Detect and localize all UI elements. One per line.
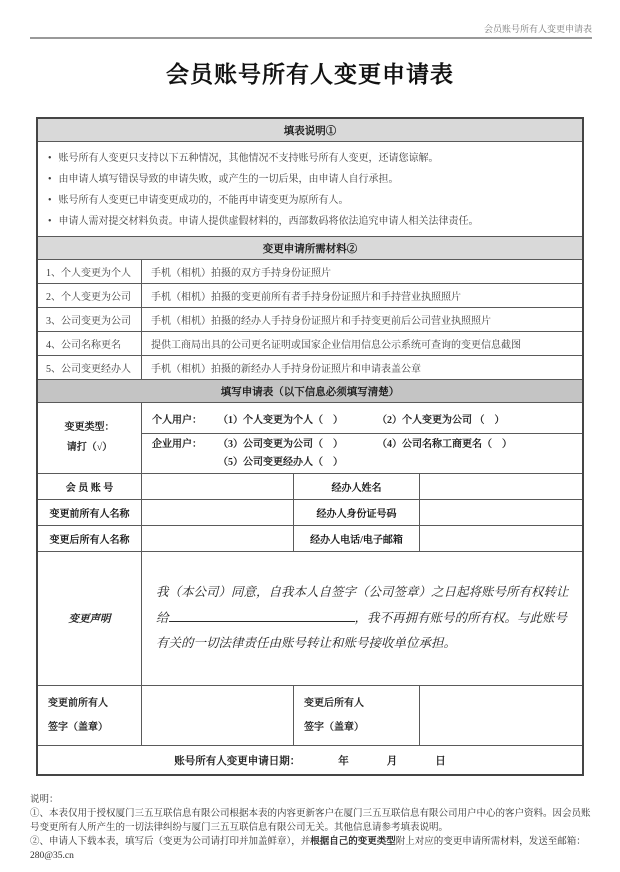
- instruction-text: 申请人需对提交材料负责。申请人提供虚假材料的，西部数码将依法追究申请人相关法律责…: [59, 211, 479, 232]
- field-row-owner-after: 变更后所有人名称 经办人电话/电子邮箱: [38, 525, 582, 551]
- materials-header-row: 变更申请所需材料②: [38, 236, 582, 259]
- option-company-change-operator[interactable]: （5）公司变更经办人（ ）: [218, 454, 343, 472]
- operator-id-label: 经办人身份证号码: [293, 500, 419, 525]
- material-label: 2、个人变更为公司: [38, 284, 141, 307]
- option-personal-to-company[interactable]: （2）个人变更为公司 （ ）: [377, 411, 505, 426]
- section-header-fill-form: 填写申请表（以下信息必须填写清楚）: [38, 380, 582, 402]
- change-type-label: 变更类型： 请打（√）: [38, 403, 141, 473]
- material-label: 3、公司变更为公司: [38, 308, 141, 331]
- option-company-rename[interactable]: （4）公司名称工商更名（ ）: [377, 436, 512, 454]
- material-row: 5、公司变更经办人 手机（相机）拍摄的新经办人手持身份证照片和申请表盖公章: [38, 355, 582, 379]
- material-row: 1、个人变更为个人 手机（相机）拍摄的双方手持身份证照片: [38, 259, 582, 283]
- material-label: 4、公司名称更名: [38, 332, 141, 355]
- material-row: 4、公司名称更名 提供工商局出具的公司更名证明或国家企业信用信息公示系统可查询的…: [38, 331, 582, 355]
- declaration-label: 变更声明: [38, 552, 141, 685]
- option-personal-to-personal[interactable]: （1）个人变更为个人（ ）: [218, 411, 343, 426]
- signature-before-label: 变更前所有人 签字（盖章）: [38, 686, 141, 745]
- application-date-label: 账号所有人变更申请日期：: [174, 753, 300, 768]
- operator-contact-input[interactable]: [419, 526, 582, 551]
- member-account-label: 会 员 账 号: [38, 474, 141, 499]
- notes-section: 说明： ①、本表仅用于授权厦门三五互联信息有限公司根据本表的内容更新客户在厦门三…: [30, 793, 596, 863]
- owner-before-input[interactable]: [141, 500, 293, 525]
- declaration-paragraph: 我（本公司）同意，自我本人自签字（公司签章）之日起将账号所有权转让给，我不再拥有…: [156, 580, 570, 657]
- signature-before-label-line2: 签字（盖章）: [48, 716, 108, 740]
- material-desc: 手机（相机）拍摄的经办人手持身份证照片和手持变更前后公司营业执照照片: [141, 308, 582, 331]
- instructions-list: • 账号所有人变更只支持以下五种情况，其他情况不支持账号所有人变更，还请您谅解。…: [38, 142, 582, 236]
- signature-after-label-line1: 变更后所有人: [304, 692, 364, 716]
- material-desc: 手机（相机）拍摄的新经办人手持身份证照片和申请表盖公章: [141, 356, 582, 379]
- material-desc: 提供工商局出具的公司更名证明或国家企业信用信息公示系统可查询的变更信息截图: [141, 332, 582, 355]
- field-row-owner-before: 变更前所有人名称 经办人身份证号码: [38, 499, 582, 525]
- signature-after-label-line2: 签字（盖章）: [304, 716, 364, 740]
- date-day-label: 日: [435, 753, 446, 768]
- note-1-text: ①、本表仅用于授权厦门三五互联信息有限公司根据本表的内容更新客户在厦门三五互联信…: [30, 809, 591, 833]
- operator-contact-label: 经办人电话/电子邮箱: [293, 526, 419, 551]
- change-type-label-line2: 请打（√）: [67, 438, 113, 458]
- section-header-instructions: 填表说明①: [38, 119, 582, 141]
- notes-title: 说明：: [30, 793, 596, 807]
- running-header-text: 会员账号所有人变更申请表: [484, 24, 592, 34]
- fill-form-header-row: 填写申请表（以下信息必须填写清楚）: [38, 379, 582, 402]
- personal-user-prefix: 个人用户：: [152, 411, 202, 426]
- change-type-row: 变更类型： 请打（√） 个人用户： （1）个人变更为个人（ ） （2）个人变更为…: [38, 402, 582, 473]
- application-date-row: 账号所有人变更申请日期： 年 月 日: [38, 745, 582, 774]
- transfer-recipient-blank[interactable]: [169, 609, 355, 622]
- owner-before-label: 变更前所有人名称: [38, 500, 141, 525]
- document-page: 会员账号所有人变更申请表 会员账号所有人变更申请表 填表说明① • 账号所有人变…: [0, 0, 620, 872]
- operator-name-label: 经办人姓名: [293, 474, 419, 499]
- bullet-icon: •: [48, 169, 52, 190]
- declaration-row: 变更声明 我（本公司）同意，自我本人自签字（公司签章）之日起将账号所有权转让给，…: [38, 551, 582, 685]
- instruction-text: 由申请人填写错误导致的申请失败，或产生的一切后果，由申请人自行承担。: [59, 169, 399, 190]
- bullet-icon: •: [48, 211, 52, 232]
- signature-row: 变更前所有人 签字（盖章） 变更后所有人 签字（盖章）: [38, 685, 582, 745]
- instructions-header-row: 填表说明①: [38, 119, 582, 141]
- instruction-item: • 账号所有人变更已申请变更成功的，不能再申请变更为原所有人。: [48, 190, 572, 211]
- company-options-line1: 企业用户： （3）公司变更为公司（ ） （4）公司名称工商更名（ ）: [152, 436, 546, 454]
- instruction-item: • 账号所有人变更只支持以下五种情况，其他情况不支持账号所有人变更，还请您谅解。: [48, 148, 572, 169]
- application-date-cell: 账号所有人变更申请日期： 年 月 日: [38, 746, 582, 774]
- signature-after-label: 变更后所有人 签字（盖章）: [293, 686, 419, 745]
- application-form-table: 填表说明① • 账号所有人变更只支持以下五种情况，其他情况不支持账号所有人变更，…: [36, 117, 584, 776]
- signature-before-label-line1: 变更前所有人: [48, 692, 108, 716]
- note-1: ①、本表仅用于授权厦门三五互联信息有限公司根据本表的内容更新客户在厦门三五互联信…: [30, 807, 596, 835]
- instruction-text: 账号所有人变更已申请变更成功的，不能再申请变更为原所有人。: [59, 190, 349, 211]
- section-header-materials: 变更申请所需材料②: [38, 237, 582, 259]
- signature-before-input[interactable]: [141, 686, 293, 745]
- bullet-icon: •: [48, 190, 52, 211]
- material-label: 1、个人变更为个人: [38, 260, 141, 283]
- instruction-item: • 申请人需对提交材料负责。申请人提供虚假材料的，西部数码将依法追究申请人相关法…: [48, 211, 572, 232]
- material-row: 3、公司变更为公司 手机（相机）拍摄的经办人手持身份证照片和手持变更前后公司营业…: [38, 307, 582, 331]
- company-user-options: 企业用户： （3）公司变更为公司（ ） （4）公司名称工商更名（ ） （5）公司…: [142, 433, 582, 473]
- member-account-input[interactable]: [141, 474, 293, 499]
- note-2: ②、申请人下载本表，填写后（变更为公司请打印并加盖鲜章），并根据自己的变更类型附…: [30, 835, 596, 863]
- material-row: 2、个人变更为公司 手机（相机）拍摄的变更前所有者手持身份证照片和手持营业执照照…: [38, 283, 582, 307]
- operator-name-input[interactable]: [419, 474, 582, 499]
- bullet-icon: •: [48, 148, 52, 169]
- note-2-text-pre: ②、申请人下载本表，填写后（变更为公司请打印并加盖鲜章），并: [30, 837, 310, 847]
- note-2-text-bold: 根据自己的变更类型: [310, 837, 396, 847]
- change-type-options: 个人用户： （1）个人变更为个人（ ） （2）个人变更为公司 （ ） 企业用户：…: [141, 403, 582, 473]
- change-type-label-line1: 变更类型：: [65, 418, 115, 438]
- material-desc: 手机（相机）拍摄的双方手持身份证照片: [141, 260, 582, 283]
- instructions-body-row: • 账号所有人变更只支持以下五种情况，其他情况不支持账号所有人变更，还请您谅解。…: [38, 141, 582, 236]
- material-label: 5、公司变更经办人: [38, 356, 141, 379]
- operator-id-input[interactable]: [419, 500, 582, 525]
- running-header: 会员账号所有人变更申请表: [30, 22, 592, 39]
- material-desc: 手机（相机）拍摄的变更前所有者手持身份证照片和手持营业执照照片: [141, 284, 582, 307]
- instruction-text: 账号所有人变更只支持以下五种情况，其他情况不支持账号所有人变更，还请您谅解。: [59, 148, 439, 169]
- company-user-prefix: 企业用户：: [152, 436, 202, 454]
- date-year-label: 年: [338, 753, 349, 768]
- declaration-text-cell: 我（本公司）同意，自我本人自签字（公司签章）之日起将账号所有权转让给，我不再拥有…: [141, 552, 582, 685]
- signature-after-input[interactable]: [419, 686, 582, 745]
- page-title: 会员账号所有人变更申请表: [0, 56, 620, 89]
- owner-after-input[interactable]: [141, 526, 293, 551]
- personal-user-options: 个人用户： （1）个人变更为个人（ ） （2）个人变更为公司 （ ）: [142, 403, 582, 433]
- field-row-account: 会 员 账 号 经办人姓名: [38, 473, 582, 499]
- option-company-to-company[interactable]: （3）公司变更为公司（ ）: [218, 436, 343, 454]
- owner-after-label: 变更后所有人名称: [38, 526, 141, 551]
- instruction-item: • 由申请人填写错误导致的申请失败，或产生的一切后果，由申请人自行承担。: [48, 169, 572, 190]
- date-month-label: 月: [387, 753, 398, 768]
